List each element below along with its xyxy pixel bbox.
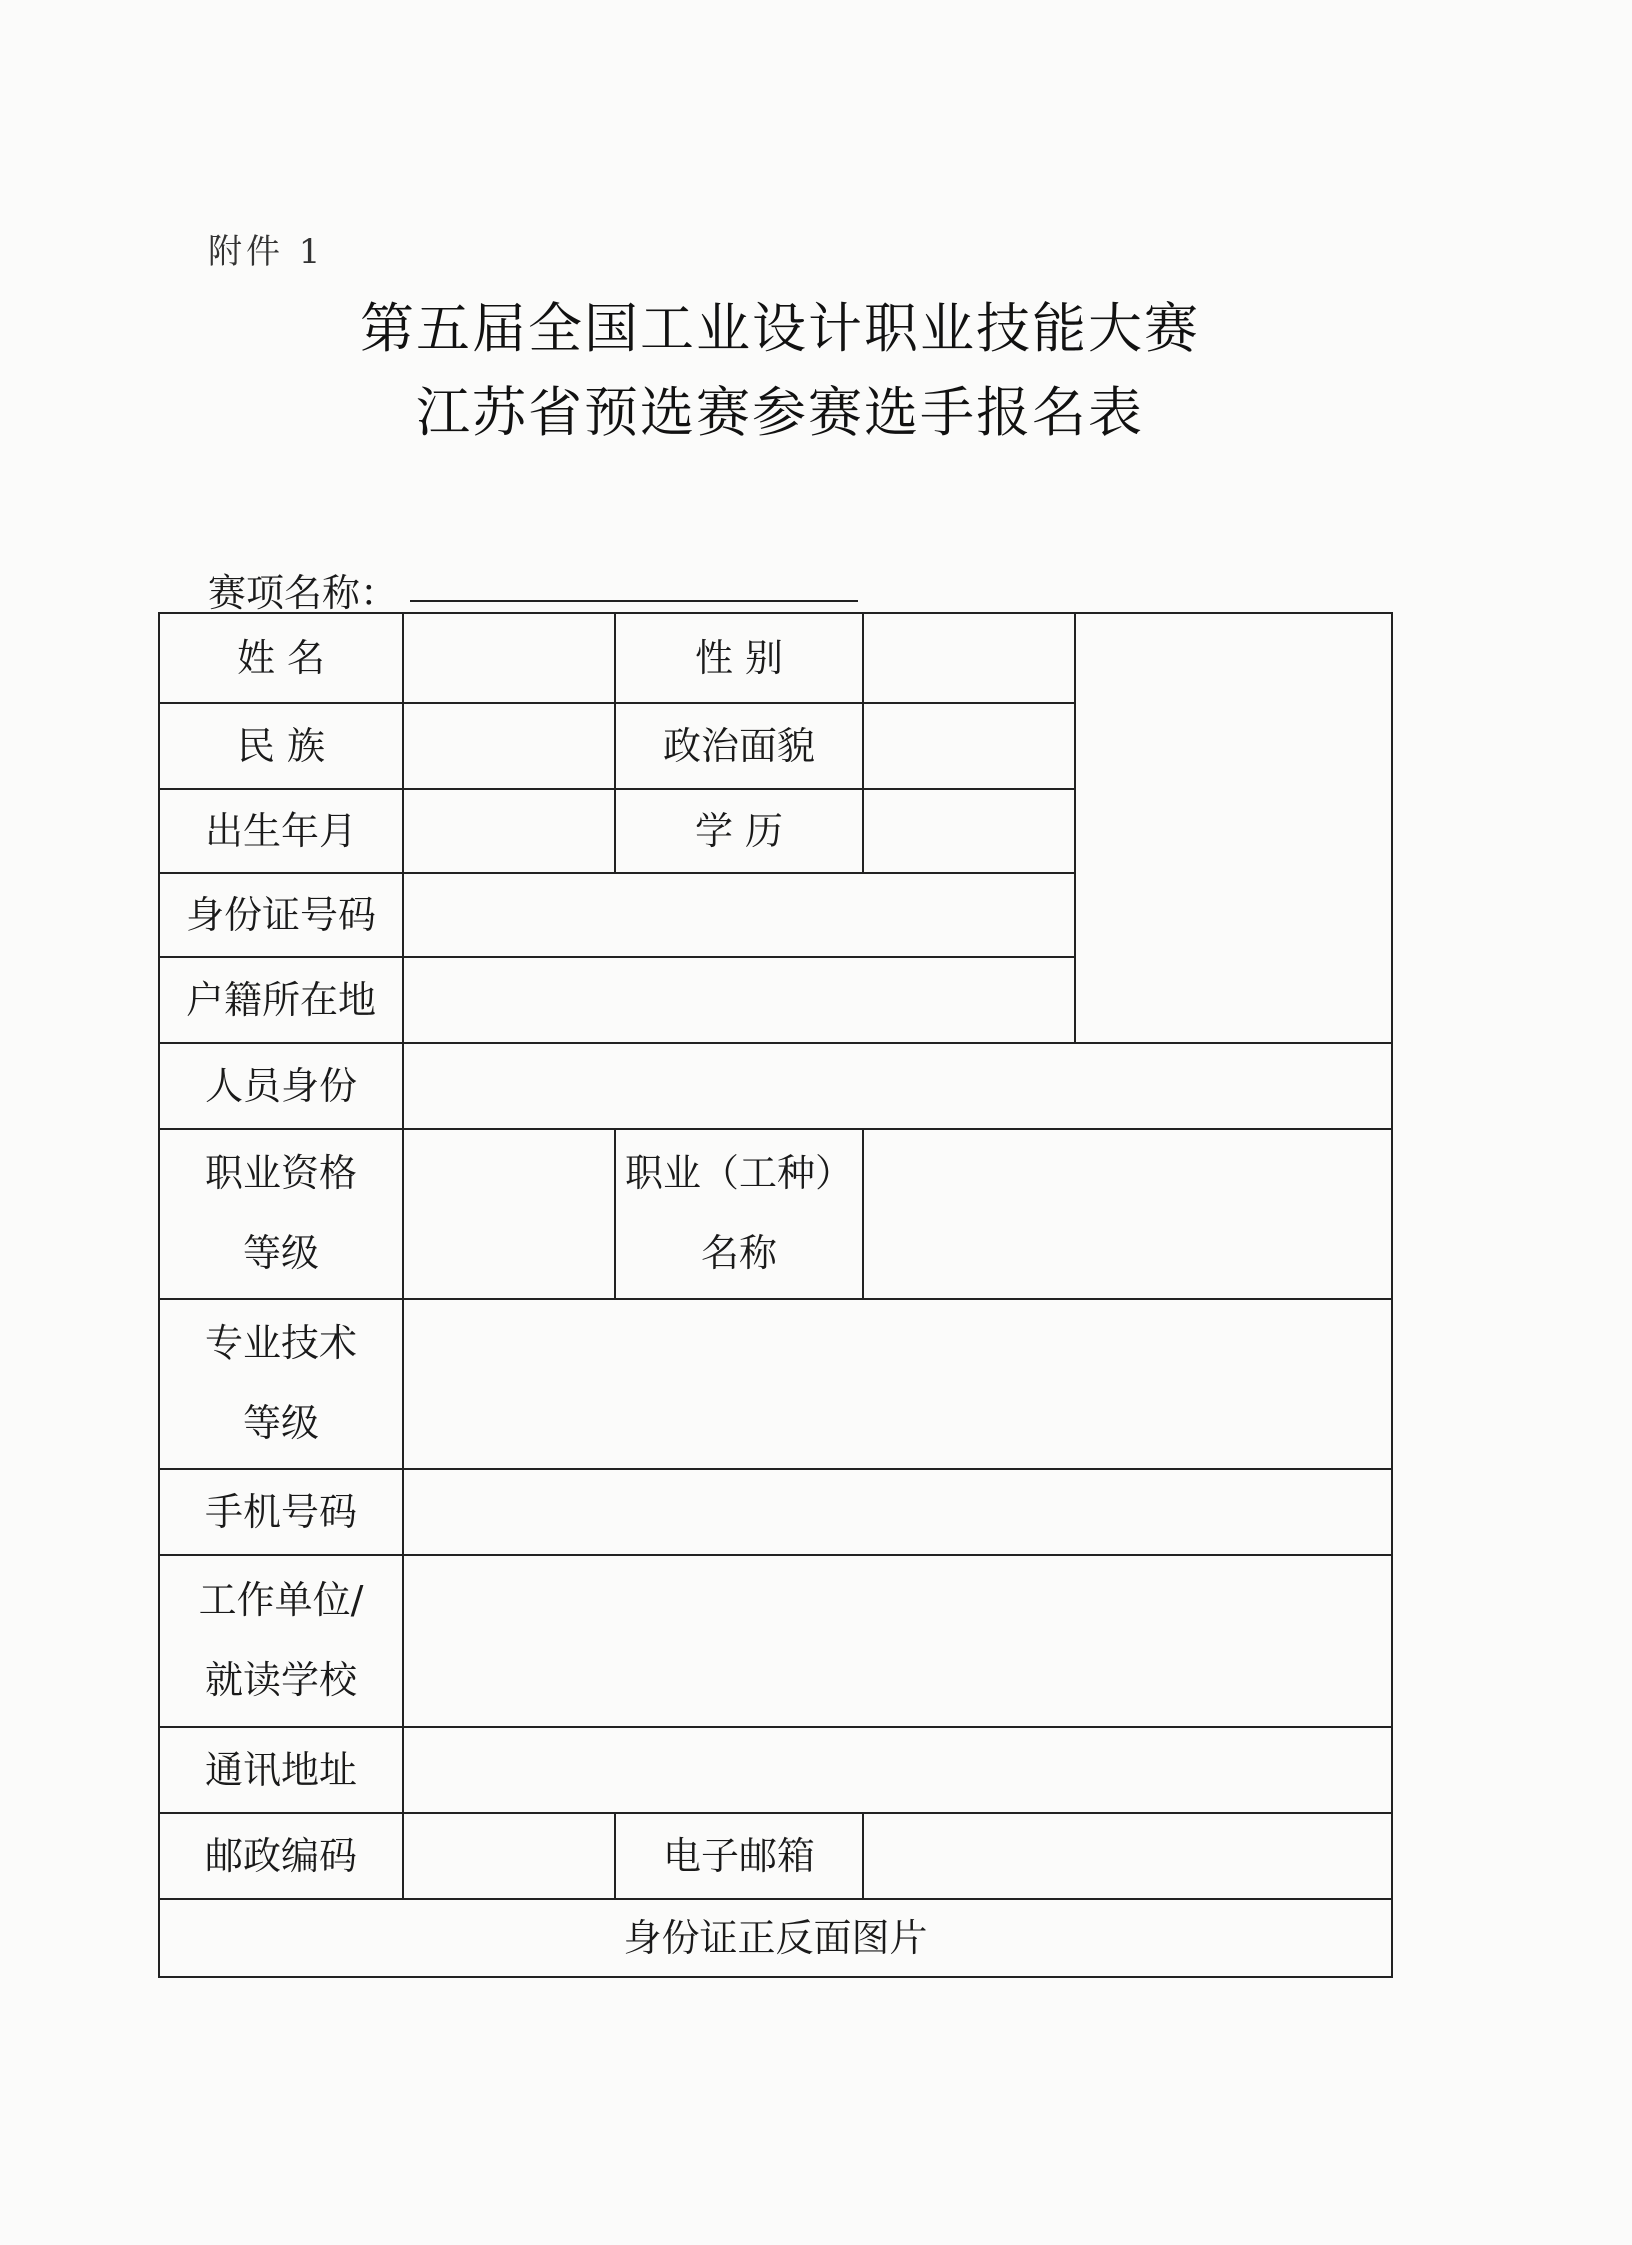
- vocational-qualification-field[interactable]: [402, 1128, 616, 1300]
- label-postal-code: 邮政编码: [158, 1812, 404, 1900]
- label-gender: 性 别: [614, 612, 864, 704]
- birth-date-field[interactable]: [402, 788, 616, 874]
- label-mailing-address: 通讯地址: [158, 1726, 404, 1814]
- label-education: 学 历: [614, 788, 864, 874]
- label-occupation-name: 职业（工种） 名称: [614, 1128, 864, 1300]
- event-name-field[interactable]: [410, 600, 858, 602]
- label-id-number: 身份证号码: [158, 872, 404, 958]
- label-vocational-qualification-line2: 等级: [243, 1233, 319, 1275]
- label-mobile: 手机号码: [158, 1468, 404, 1556]
- gender-field[interactable]: [862, 612, 1076, 704]
- label-occupation-name-line1: 职业（工种）: [625, 1153, 853, 1195]
- ethnicity-field[interactable]: [402, 702, 616, 790]
- postal-code-field[interactable]: [402, 1812, 616, 1900]
- name-field[interactable]: [402, 612, 616, 704]
- page-title-line2: 江苏省预选赛参赛选手报名表: [0, 370, 1560, 447]
- label-professional-tech-level: 专业技术 等级: [158, 1298, 404, 1470]
- photo-box[interactable]: [1074, 612, 1393, 1044]
- label-vocational-qualification: 职业资格 等级: [158, 1128, 404, 1300]
- label-vocational-qualification-line1: 职业资格: [205, 1153, 357, 1195]
- id-number-field[interactable]: [402, 872, 1076, 958]
- label-household-location: 户籍所在地: [158, 956, 404, 1044]
- political-status-field[interactable]: [862, 702, 1076, 790]
- label-name: 姓 名: [158, 612, 404, 704]
- label-work-unit-line2: 就读学校: [205, 1660, 357, 1702]
- household-location-field[interactable]: [402, 956, 1076, 1044]
- registration-form-table: 姓 名 性 别 民 族 政治面貌 出生年月 学 历 身份证号码 户籍所在地 人员…: [158, 612, 1393, 1978]
- label-birth-date: 出生年月: [158, 788, 404, 874]
- label-professional-tech-line1: 专业技术: [205, 1323, 357, 1365]
- work-unit-field[interactable]: [402, 1554, 1393, 1728]
- page-title-line1: 第五届全国工业设计职业技能大赛: [0, 286, 1560, 363]
- mailing-address-field[interactable]: [402, 1726, 1393, 1814]
- occupation-name-field[interactable]: [862, 1128, 1393, 1300]
- event-name-label: 赛项名称：: [208, 562, 398, 617]
- id-card-images-area[interactable]: 身份证正反面图片: [158, 1898, 1393, 1978]
- label-personnel-identity: 人员身份: [158, 1042, 404, 1130]
- attachment-label: 附件 1: [208, 224, 324, 273]
- email-field[interactable]: [862, 1812, 1393, 1900]
- label-professional-tech-line2: 等级: [243, 1403, 319, 1445]
- professional-tech-level-field[interactable]: [402, 1298, 1393, 1470]
- label-ethnicity: 民 族: [158, 702, 404, 790]
- label-email: 电子邮箱: [614, 1812, 864, 1900]
- personnel-identity-field[interactable]: [402, 1042, 1393, 1130]
- label-occupation-name-line2: 名称: [701, 1233, 777, 1275]
- label-work-unit-line1: 工作单位/: [199, 1580, 364, 1622]
- mobile-field[interactable]: [402, 1468, 1393, 1556]
- label-political-status: 政治面貌: [614, 702, 864, 790]
- label-work-unit: 工作单位/ 就读学校: [158, 1554, 404, 1728]
- education-field[interactable]: [862, 788, 1076, 874]
